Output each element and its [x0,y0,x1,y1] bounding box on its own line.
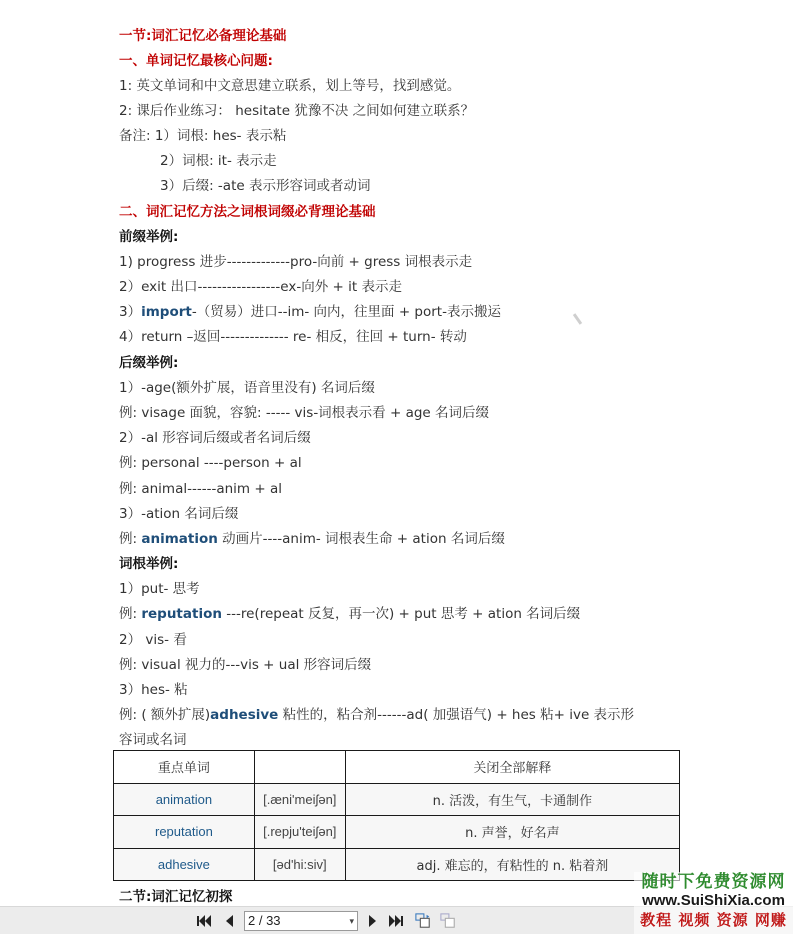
section-title: 二节:词汇记忆初探 [119,888,232,906]
header-phonetic [254,751,345,784]
page-number-value: 2 / 33 [248,913,281,928]
prefix-example: 4）return –返回-------------- re- 相反，往回 + t… [119,328,467,346]
vocab-table: 重点单词 关闭全部解释 animation [.æni'meiʃən] n. 活… [113,750,680,881]
explanation: -（贸易）进口--im- 向内，往里面 + port-表示搬运 [192,304,501,320]
suffix-example: 例: animation 动画片----anim- 词根表生命 + ation … [119,530,505,548]
subheading-prefix: 前缀举例: [119,228,178,246]
document-page: 一节:词汇记忆必备理论基础 一、单词记忆最核心问题: 1: 英文单词和中文意思建… [0,0,793,906]
note-line: 3）后缀: -ate 表示形容词或者动词 [160,177,370,195]
root-example: 1）put- 思考 [119,580,200,598]
keyword: reputation [141,606,222,622]
table-header-row: 重点单词 关闭全部解释 [114,751,680,784]
prev-page-icon [223,914,235,928]
fit-page-button[interactable] [415,913,431,929]
paragraph: 1: 英文单词和中文意思建立联系，划上等号，找到感觉。 [119,77,460,95]
site-watermark: 随时下免费资源网 www.SuiShiXia.com 教程 视频 资源 网赚 [634,872,793,934]
header-key-words: 重点单词 [114,751,255,784]
page-number-select[interactable]: 2 / 33 ▾ [244,911,358,931]
next-page-icon [367,914,379,928]
prefix-example: 3）import-（贸易）进口--im- 向内，往里面 + port-表示搬运 [119,303,501,321]
root-example: 例: ( 额外扩展)adhesive 粘性的，粘合剂------ad( 加强语气… [119,706,634,724]
vocab-meaning: n. 声誉，好名声 [345,816,679,849]
scan-artifact [573,313,582,325]
table-row: reputation [.repju'teiʃən] n. 声誉，好名声 [114,816,680,849]
suffix-example: 2）-al 形容词后缀或者名词后缀 [119,429,311,447]
first-page-icon [196,914,212,928]
list-number: 3） [119,304,141,320]
root-example: 3）hes- 粘 [119,681,188,699]
suffix-example: 1）-age(额外扩展，语音里没有) 名词后缀 [119,379,375,397]
vocab-phonetic: [.repju'teiʃən] [254,816,345,849]
note-line: 备注: 1）词根: hes- 表示粘 [119,127,286,145]
section-title: 一节:词汇记忆必备理论基础 [119,27,286,45]
example-prefix: 例: [119,606,141,622]
explanation: 动画片----anim- 词根表生命 + ation 名词后缀 [218,531,505,547]
prev-page-button[interactable] [221,913,237,929]
fit-width-icon [440,912,456,930]
fit-width-button[interactable] [440,913,456,929]
next-page-button[interactable] [365,913,381,929]
paragraph: 2: 课后作业练习： hesitate 犹豫不决 之间如何建立联系？ [119,102,474,120]
watermark-line-3: 教程 视频 资源 网赚 [634,910,793,930]
example-prefix: 例: ( 额外扩展) [119,707,210,723]
subheading-root: 词根举例: [119,555,178,573]
note-line: 2）词根: it- 表示走 [160,152,277,170]
vocab-phonetic: [.æni'meiʃən] [254,783,345,816]
suffix-example: 例: animal------anim + al [119,480,282,498]
prefix-example: 1) progress 进步-------------pro-向前 + gres… [119,253,472,271]
keyword: animation [141,531,218,547]
part-title: 一、单词记忆最核心问题: [119,52,273,70]
vocab-word[interactable]: animation [114,783,255,816]
watermark-url: www.SuiShiXia.com [634,892,793,910]
example-prefix: 例: [119,531,141,547]
last-page-button[interactable] [388,913,404,929]
prefix-example: 2）exit 出口-----------------ex-向外 + it 表示走 [119,278,402,296]
suffix-example: 例: visage 面貌，容貌: ----- vis-词根表示看 + age 名… [119,404,489,422]
root-example: 例: reputation ---re(repeat 反复，再一次) + put… [119,605,580,623]
toggle-all-explanations[interactable]: 关闭全部解释 [345,751,679,784]
vocab-word[interactable]: adhesive [114,848,255,881]
vocab-phonetic: [əd'hi:siv] [254,848,345,881]
vocab-meaning: n. 活泼，有生气，卡通制作 [345,783,679,816]
root-example-continued: 容词或名词 [119,731,187,749]
first-page-button[interactable] [196,913,212,929]
table-row: animation [.æni'meiʃən] n. 活泼，有生气，卡通制作 [114,783,680,816]
suffix-example: 3）-ation 名词后缀 [119,505,238,523]
vocab-meaning: adj. 难忘的，有粘性的 n. 粘着剂 [345,848,679,881]
watermark-line-1: 随时下免费资源网 [634,872,793,892]
keyword: adhesive [210,707,278,723]
explanation: 粘性的，粘合剂------ad( 加强语气) + hes 粘+ ive 表示形 [278,707,634,723]
part-title: 二、词汇记忆方法之词根词缀必背理论基础 [119,203,376,221]
table-row: adhesive [əd'hi:siv] adj. 难忘的，有粘性的 n. 粘着… [114,848,680,881]
explanation: ---re(repeat 反复，再一次) + put 思考 + ation 名词… [222,606,580,622]
suffix-example: 例: personal ----person + al [119,454,302,472]
root-example: 例: visual 视力的---vis + ual 形容词后缀 [119,656,371,674]
last-page-icon [388,914,404,928]
vocab-word[interactable]: reputation [114,816,255,849]
subheading-suffix: 后缀举例: [119,354,178,372]
chevron-down-icon: ▾ [349,912,354,930]
fit-page-icon [415,912,431,930]
root-example: 2） vis- 看 [119,631,187,649]
keyword: import [141,304,192,320]
